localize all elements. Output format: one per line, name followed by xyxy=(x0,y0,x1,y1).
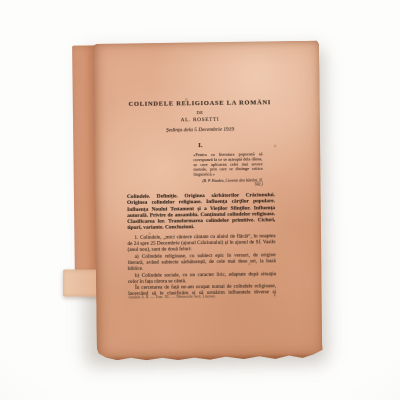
spine-tab xyxy=(63,270,100,297)
photo-backdrop: COLINDELE RELIGIOASE LA ROMÂNI DE AL. RO… xyxy=(0,0,400,400)
epigraph-text: «Pentru ca literatura poporană să coresp… xyxy=(193,152,262,177)
section-numeral: I. xyxy=(126,141,274,150)
body-paragraph: a) Colindele religioase, cu subiect epic… xyxy=(128,252,276,273)
page: COLINDELE RELIGIOASE LA ROMÂNI DE AL. RO… xyxy=(93,41,323,362)
footer-line: Analele A. R. — Tom. XL. — Memoriile Sec… xyxy=(128,292,276,300)
abstract-paragraph: Colindele. Definiție. Originea sărbători… xyxy=(127,192,275,232)
page-number: 1 xyxy=(273,292,276,298)
document-title: COLINDELE RELIGIOASE LA ROMÂNI xyxy=(126,99,274,108)
session-note: Ședința dela 5 Decembrie 1919 xyxy=(126,126,274,134)
booklet: COLINDELE RELIGIOASE LA ROMÂNI DE AL. RO… xyxy=(93,41,323,362)
page-content: COLINDELE RELIGIOASE LA ROMÂNI DE AL. RO… xyxy=(126,99,276,295)
epigraph: «Pentru ca literatura poporană să coresp… xyxy=(193,152,263,187)
body-paragraph: 1. Colindele, „mici cântece cântate cu a… xyxy=(127,233,275,254)
footnote: Analele A. R. — Tom. XL. — Memoriile Sec… xyxy=(128,295,216,300)
author-name: AL. ROSETTI xyxy=(126,116,274,124)
epigraph-attribution: (B. P. Hasdeu, Cuvente den bătrâni, II, … xyxy=(194,178,263,187)
byline-prefix: DE xyxy=(126,109,274,116)
